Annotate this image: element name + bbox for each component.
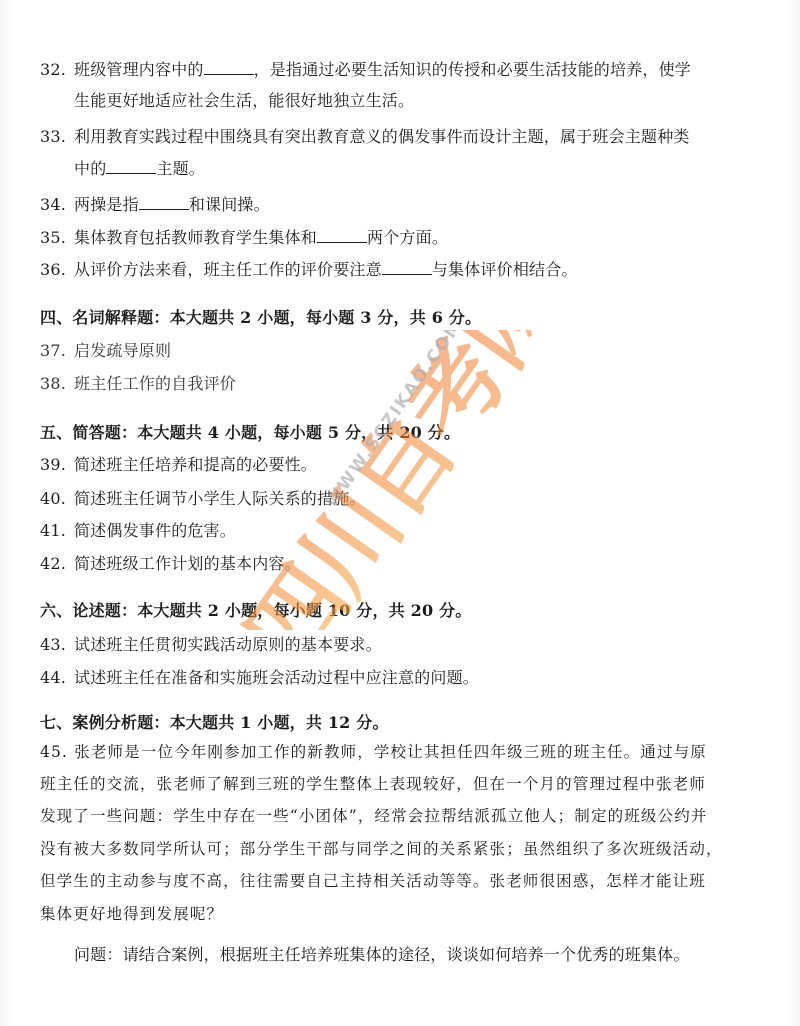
question-text: 简述班主任调节小学生人际关系的措施。 — [74, 489, 366, 508]
question-35: 35.集体教育包括教师教育学生集体和两个方面。 — [40, 228, 448, 248]
answer-blank — [139, 195, 189, 210]
question-text: 利用教育实践过程中围绕具有突出教育意义的偶发事件而设计主题，属于班会主题种类 — [74, 127, 690, 146]
case-text-line: 但学生的主动参与度不高，往往需要自己主持相关活动等等。张老师很困惑，怎样才能让班 — [40, 871, 706, 891]
question-text: 两个方面。 — [367, 228, 448, 247]
question-text: 简述偶发事件的危害。 — [74, 521, 236, 540]
question-33: 33.利用教育实践过程中围绕具有突出教育意义的偶发事件而设计主题，属于班会主题种… — [40, 127, 690, 147]
question-37: 37.启发疏导原则 — [40, 341, 171, 361]
question-number: 35. — [40, 228, 74, 248]
question-text: 集体教育包括教师教育学生集体和 — [74, 228, 317, 247]
question-34: 34.两操是指和课间操。 — [40, 195, 270, 215]
watermark-url: WWW.SCZIKAO.COM — [322, 330, 468, 511]
question-text: 简述班主任培养和提高的必要性。 — [74, 455, 317, 474]
watermark-text: 四川自考网 — [225, 330, 581, 630]
section-heading-case: 七、案例分析题：本大题共 1 小题，共 12 分。 — [40, 713, 389, 733]
case-question: 问题：请结合案例，根据班主任培养班集体的途径，谈谈如何培养一个优秀的班集体。 — [74, 945, 690, 965]
question-text: 从评价方法来看，班主任工作的评价要注意 — [74, 260, 382, 279]
question-36: 36.从评价方法来看，班主任工作的评价要注意与集体评价相结合。 — [40, 260, 578, 280]
section-heading-terms: 四、名词解释题：本大题共 2 小题，每小题 3 分，共 6 分。 — [40, 308, 481, 328]
question-text: 简述班级工作计划的基本内容。 — [74, 554, 301, 573]
question-text: 和课间操。 — [189, 195, 270, 214]
question-45: 45. 张老师是一位今年刚参加工作的新教师，学校让其担任四年级三班的班主任。通过… — [40, 742, 707, 762]
question-number: 41. — [40, 521, 74, 541]
question-number: 42. — [40, 554, 74, 574]
answer-blank — [317, 228, 367, 243]
question-number: 32. — [40, 60, 74, 80]
question-44: 44.试述班主任在准备和实施班会活动过程中应注意的问题。 — [40, 668, 479, 688]
case-text-line: 张老师是一位今年刚参加工作的新教师，学校让其担任四年级三班的班主任。通过与原 — [74, 743, 707, 761]
question-number: 39. — [40, 455, 74, 475]
answer-blank — [382, 260, 432, 275]
watermark-logo: 四川自考网 WWW.SCZIKAO.COM — [200, 330, 640, 630]
question-text: 试述班主任贯彻实践活动原则的基本要求。 — [74, 635, 382, 654]
question-text: 与集体评价相结合。 — [432, 260, 578, 279]
section-heading-short-answer: 五、简答题：本大题共 4 小题，每小题 5 分，共 20 分。 — [40, 423, 460, 443]
case-text-line: 集体更好地得到发展呢？ — [40, 904, 223, 924]
question-text: 主题。 — [156, 159, 205, 178]
question-38: 38.班主任工作的自我评价 — [40, 374, 236, 394]
question-number: 33. — [40, 127, 74, 147]
question-number: 34. — [40, 195, 74, 215]
question-42: 42.简述班级工作计划的基本内容。 — [40, 554, 301, 574]
answer-blank — [204, 60, 254, 75]
question-text: 班主任工作的自我评价 — [74, 374, 236, 393]
question-41: 41.简述偶发事件的危害。 — [40, 521, 236, 541]
question-text: 两操是指 — [74, 195, 139, 214]
question-number: 45. — [40, 743, 68, 761]
question-43: 43.试述班主任贯彻实践活动原则的基本要求。 — [40, 635, 382, 655]
section-heading-essay: 六、论述题：本大题共 2 小题，每小题 10 分，共 20 分。 — [40, 601, 472, 621]
case-text-line: 发现了一些问题：学生中存在一些“小团体”，经常会拉帮结派孤立他人；制定的班级公约… — [40, 806, 708, 826]
question-text: 启发疏导原则 — [74, 341, 171, 360]
question-39: 39.简述班主任培养和提高的必要性。 — [40, 455, 317, 475]
question-number: 44. — [40, 668, 74, 688]
question-number: 40. — [40, 489, 74, 509]
question-number: 37. — [40, 341, 74, 361]
question-number: 38. — [40, 374, 74, 394]
question-text: 中的 — [74, 159, 106, 178]
case-text-line: 班主任的交流，张老师了解到三班的学生整体上表现较好，但在一个月的管理过程中张老师 — [40, 774, 706, 794]
question-text: 生能更好地适应社会生活，能很好地独立生活。 — [74, 91, 414, 110]
case-text-line: 没有被大多数同学所认可；部分学生干部与同学之间的关系紧张；虽然组织了多次班级活动… — [40, 839, 723, 859]
exam-page: 32.班级管理内容中的，是指通过必要生活知识的传授和必要生活技能的培养，使学 生… — [0, 0, 800, 1026]
question-33-continued: 中的主题。 — [74, 159, 205, 179]
question-text: 试述班主任在准备和实施班会活动过程中应注意的问题。 — [74, 668, 479, 687]
question-32-continued: 生能更好地适应社会生活，能很好地独立生活。 — [74, 91, 414, 111]
question-number: 43. — [40, 635, 74, 655]
question-40: 40.简述班主任调节小学生人际关系的措施。 — [40, 489, 366, 509]
question-text: ，是指通过必要生活知识的传授和必要生活技能的培养，使学 — [254, 60, 691, 79]
question-number: 36. — [40, 260, 74, 280]
question-32: 32.班级管理内容中的，是指通过必要生活知识的传授和必要生活技能的培养，使学 — [40, 60, 691, 80]
question-text: 班级管理内容中的 — [74, 60, 204, 79]
answer-blank — [106, 159, 156, 174]
